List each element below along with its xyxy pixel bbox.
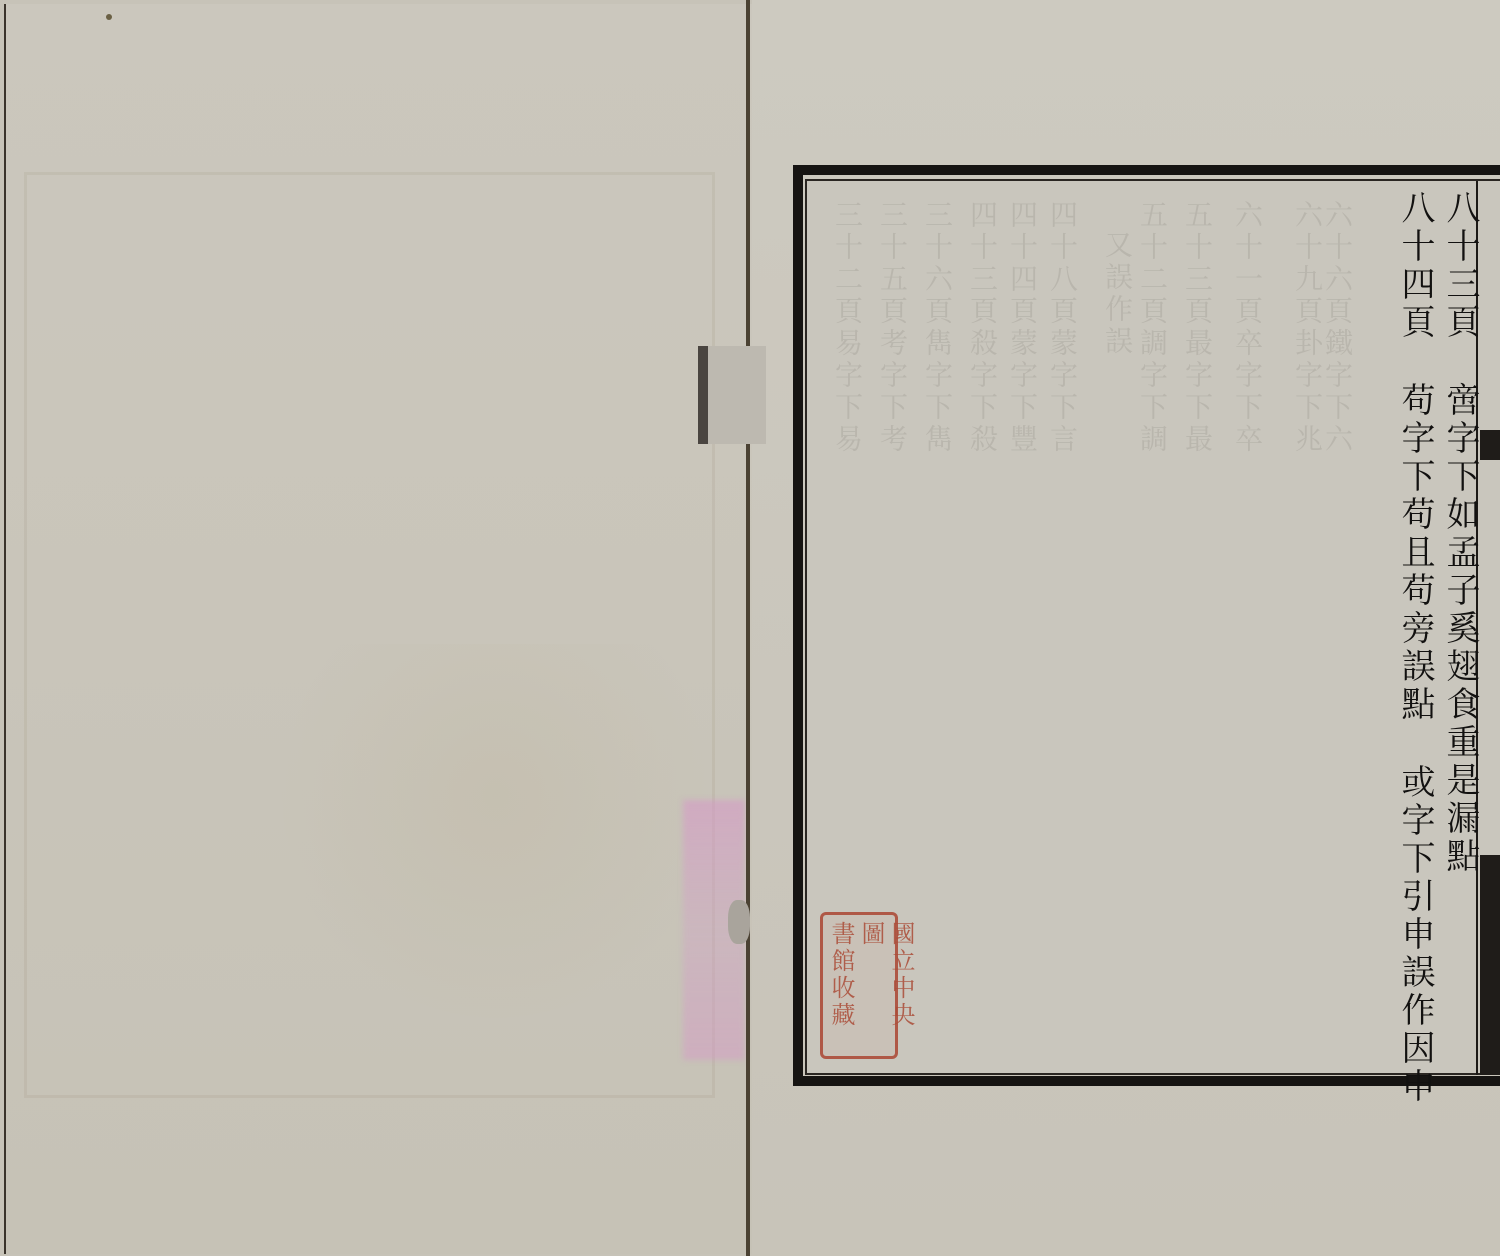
correction-note-83: 啻字下如孟子奚翅食重是漏點 bbox=[1440, 382, 1480, 876]
bleed-through-column: 又誤作誤 bbox=[1100, 230, 1134, 358]
bleed-through-column: 五十三頁最字下最 bbox=[1180, 200, 1214, 456]
left-page-water-stain bbox=[276, 644, 716, 1024]
paper-repair-patch-lower bbox=[728, 900, 750, 944]
text-column-page-83: 八十三頁啻字下如孟子奚翅食重是漏點 bbox=[1440, 190, 1480, 876]
page-heading-84: 八十四頁 bbox=[1395, 190, 1435, 342]
left-page bbox=[4, 4, 752, 1254]
correction-note-84a: 苟字下苟且苟旁誤點 bbox=[1395, 382, 1435, 724]
correction-note-84b: 或字下引申誤作因申 bbox=[1395, 764, 1435, 1106]
page-heading-83: 八十三頁 bbox=[1440, 190, 1480, 342]
book-scan: 六十六頁鐵字下六 六十九頁卦字下兆 六十一頁卒字下卒 五十三頁最字下最 五十二頁… bbox=[0, 0, 1500, 1256]
bleed-through-column: 三十六頁雋字下雋 bbox=[920, 200, 954, 456]
binding-gutter bbox=[746, 0, 750, 1256]
bleed-through-column: 四十八頁蒙字下言 bbox=[1045, 200, 1079, 456]
bleed-through-column: 六十一頁卒字下卒 bbox=[1230, 200, 1264, 456]
bleed-through-column: 三十二頁易字下易 bbox=[830, 200, 864, 456]
seal-column-left: 書館收藏 bbox=[826, 921, 856, 1050]
bleed-through-column: 四十三頁殺字下殺 bbox=[965, 200, 999, 456]
bleed-through-column: 五十二頁調字下調 bbox=[1135, 200, 1169, 456]
bleed-through-column: 三十五頁考字下考 bbox=[875, 200, 909, 456]
bleed-through-column: 四十四頁蒙字下豐 bbox=[1005, 200, 1039, 456]
next-leaf-edge-lower bbox=[1480, 855, 1500, 1075]
bleed-through-column: 六十六頁鐵字下六 bbox=[1320, 200, 1354, 456]
bleed-through-column: 六十九頁卦字下兆 bbox=[1290, 200, 1324, 456]
paper-repair-patch bbox=[698, 346, 766, 444]
next-leaf-edge bbox=[1480, 430, 1500, 460]
ink-speck bbox=[106, 14, 112, 20]
library-seal: 國立中央圖 書館收藏 bbox=[820, 912, 898, 1059]
seal-column-right: 國立中央圖 bbox=[856, 921, 916, 1050]
text-column-page-84: 八十四頁苟字下苟且苟旁誤點或字下引申誤作因申 bbox=[1395, 190, 1435, 1106]
